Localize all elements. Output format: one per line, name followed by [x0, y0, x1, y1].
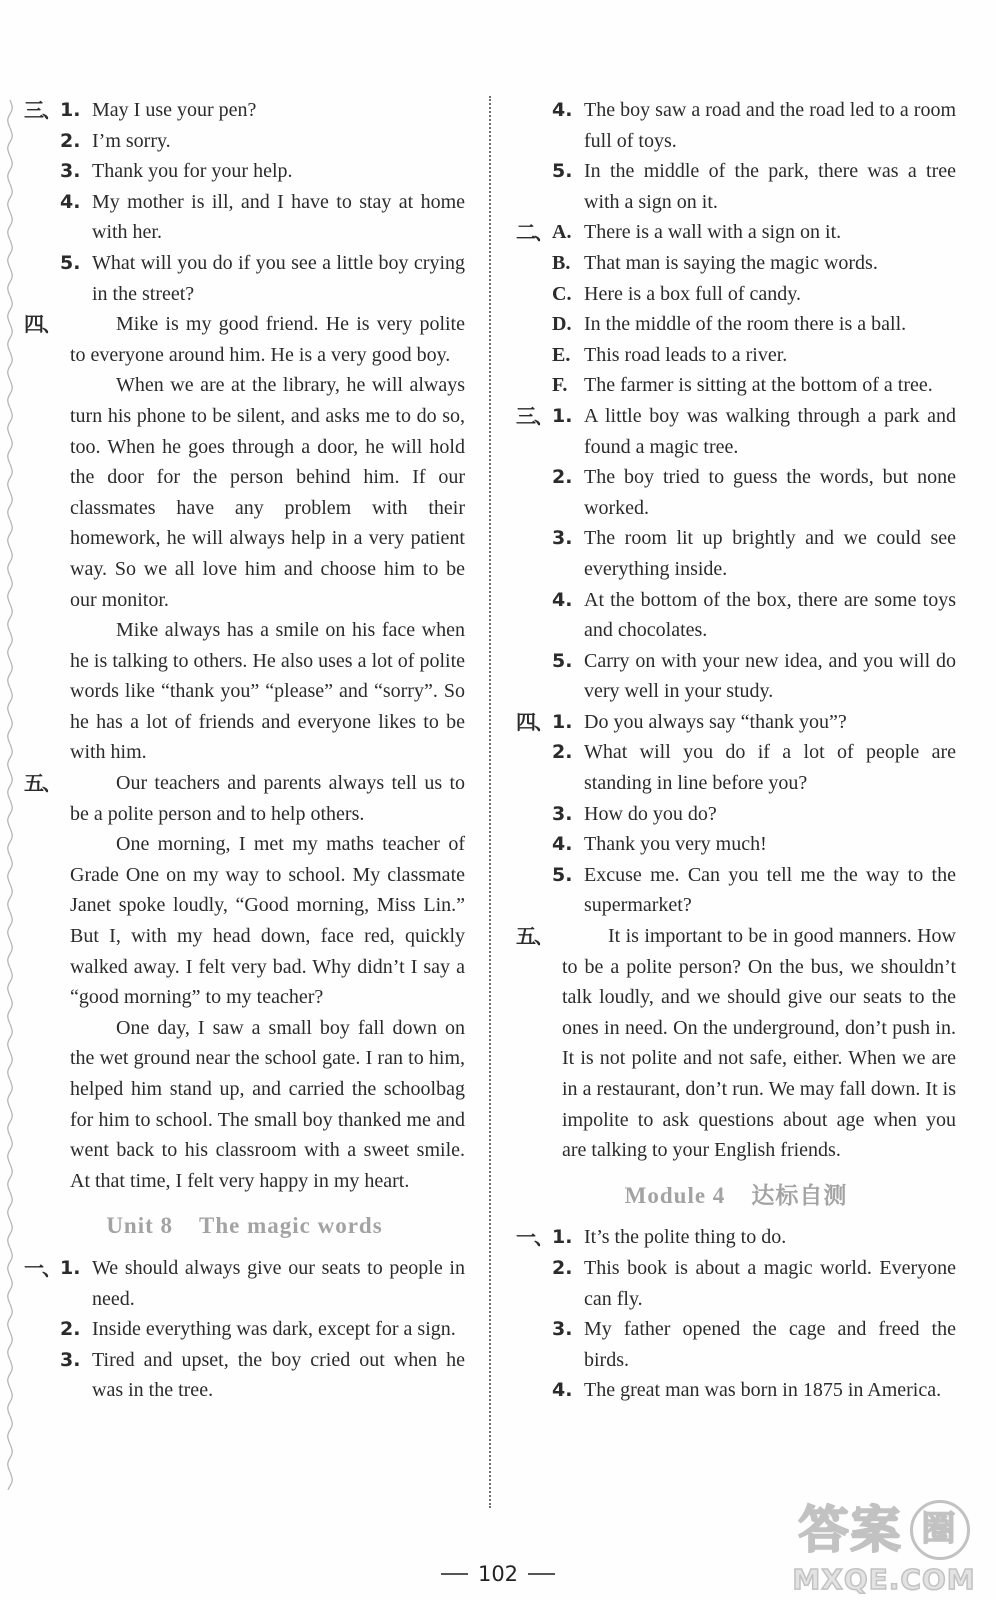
answer-item-text: That man is saying the magic words. [584, 248, 956, 279]
footer-dash-right [528, 1573, 555, 1575]
answer-item: 3.The room lit up brightly and we could … [552, 523, 956, 584]
answer-item: 4.My mother is ill, and I have to stay a… [60, 187, 465, 248]
page-number: 102 [478, 1562, 518, 1586]
answer-item-number: 1. [552, 1222, 584, 1253]
left-column: 三、1.May I use your pen?2.I’m sorry.3.Tha… [24, 95, 465, 1406]
torn-page-edge-decoration [3, 100, 15, 1490]
section-marker: 一、 [24, 1253, 60, 1284]
answer-item-text: This book is about a magic world. Everyo… [584, 1253, 956, 1314]
answer-item-number: 4. [552, 585, 584, 616]
answer-item-text: The farmer is sitting at the bottom of a… [584, 370, 956, 401]
answer-item-text: The boy saw a road and the road led to a… [584, 95, 956, 156]
answer-item: 2.I’m sorry. [60, 126, 465, 157]
section-items: 1.We should always give our seats to peo… [60, 1253, 465, 1406]
footer-dash-left [441, 1573, 468, 1575]
answer-item: 3.Tired and upset, the boy cried out whe… [60, 1345, 465, 1406]
answer-item-text: It’s the polite thing to do. [584, 1222, 956, 1253]
answer-item-number: 2. [60, 126, 92, 157]
answer-item: F.The farmer is sitting at the bottom of… [552, 370, 956, 401]
section-paragraphs: Our teachers and parents always tell us … [70, 768, 465, 1196]
answer-item-text: My father opened the cage and freed the … [584, 1314, 956, 1375]
answer-item: 1.It’s the polite thing to do. [552, 1222, 956, 1253]
section-items: 1.It’s the polite thing to do.2.This boo… [552, 1222, 956, 1406]
answer-item-number: 4. [552, 95, 584, 126]
answer-item-number: 3. [552, 799, 584, 830]
section-header-part1: Unit 8 [106, 1213, 173, 1238]
answer-item: B.That man is saying the magic words. [552, 248, 956, 279]
answer-item: 3.My father opened the cage and freed th… [552, 1314, 956, 1375]
answer-section: 一、1.We should always give our seats to p… [24, 1253, 465, 1406]
answer-paragraph: When we are at the library, he will alwa… [70, 370, 465, 615]
answer-item-number: 1. [60, 1253, 92, 1284]
answer-item-text: There is a wall with a sign on it. [584, 217, 956, 248]
right-column: 4.The boy saw a road and the road led to… [516, 95, 956, 1406]
section-marker: 五、 [516, 921, 552, 952]
section-items: 1.May I use your pen?2.I’m sorry.3.Thank… [60, 95, 465, 309]
column-divider-dotted-line [489, 96, 491, 1508]
answer-item-number: 4. [60, 187, 92, 218]
answer-paragraph: It is important to be in good manners. H… [562, 921, 956, 1166]
answer-item: 5.What will you do if you see a little b… [60, 248, 465, 309]
answer-section: 一、1.It’s the polite thing to do.2.This b… [516, 1222, 956, 1406]
answer-item-number: 5. [552, 646, 584, 677]
answer-item: E.This road leads to a river. [552, 340, 956, 371]
answer-item: C.Here is a box full of candy. [552, 279, 956, 310]
answer-item: 2.What will you do if a lot of people ar… [552, 737, 956, 798]
answer-item: 4.The great man was born in 1875 in Amer… [552, 1375, 956, 1406]
answer-item-text: The room lit up brightly and we could se… [584, 523, 956, 584]
answer-item: 4.Thank you very much! [552, 829, 956, 860]
watermark-domain: MXQE.COM [776, 1563, 992, 1596]
section-header-part2: 达标自测 [751, 1183, 847, 1208]
answer-item-number: F. [552, 370, 584, 401]
answer-item-number: 3. [552, 523, 584, 554]
answer-item-number: 5. [60, 248, 92, 279]
answer-item-text: How do you do? [584, 799, 956, 830]
answer-section: 三、1.A little boy was walking through a p… [516, 401, 956, 707]
answer-item-text: Here is a box full of candy. [584, 279, 956, 310]
answer-item-text: Carry on with your new idea, and you wil… [584, 646, 956, 707]
section-paragraphs: Mike is my good friend. He is very polit… [70, 309, 465, 768]
answer-item: 2.Inside everything was dark, except for… [60, 1314, 465, 1345]
answer-item-number: 3. [60, 1345, 92, 1376]
section-paragraphs: It is important to be in good manners. H… [562, 921, 956, 1166]
answer-item: A.There is a wall with a sign on it. [552, 217, 956, 248]
answer-item: 5.Carry on with your new idea, and you w… [552, 646, 956, 707]
answer-item: 4.At the bottom of the box, there are so… [552, 585, 956, 646]
section-items: 1.A little boy was walking through a par… [552, 401, 956, 707]
section-items: 4.The boy saw a road and the road led to… [552, 95, 956, 217]
answer-item-text: In the middle of the room there is a bal… [584, 309, 956, 340]
answer-item: 2.This book is about a magic world. Ever… [552, 1253, 956, 1314]
answer-item-number: 5. [552, 860, 584, 891]
section-marker: 三、 [516, 401, 552, 432]
answer-item-text: Excuse me. Can you tell me the way to th… [584, 860, 956, 921]
answer-section: 四、Mike is my good friend. He is very pol… [24, 309, 465, 768]
answer-item-number: 2. [60, 1314, 92, 1345]
answer-item: D.In the middle of the room there is a b… [552, 309, 956, 340]
section-marker: 四、 [516, 707, 552, 738]
workbook-page: 三、1.May I use your pen?2.I’m sorry.3.Tha… [0, 0, 996, 1600]
answer-item: 3.How do you do? [552, 799, 956, 830]
answer-item: 1.We should always give our seats to peo… [60, 1253, 465, 1314]
answer-item: 5.Excuse me. Can you tell me the way to … [552, 860, 956, 921]
answer-section: 五、It is important to be in good manners.… [516, 921, 956, 1166]
answer-item-number: C. [552, 279, 584, 310]
answer-paragraph: One morning, I met my maths teacher of G… [70, 829, 465, 1013]
answer-item: 1.Do you always say “thank you”? [552, 707, 956, 738]
watermark-text-main: 答案 [799, 1501, 903, 1559]
answer-item-number: 1. [552, 401, 584, 432]
answer-item-number: 2. [552, 1253, 584, 1284]
answer-item: 1.May I use your pen? [60, 95, 465, 126]
answer-item-number: B. [552, 248, 584, 279]
answer-item-number: 1. [60, 95, 92, 126]
answer-item-text: Tired and upset, the boy cried out when … [92, 1345, 465, 1406]
answer-item: 4.The boy saw a road and the road led to… [552, 95, 956, 156]
answer-item-text: In the middle of the park, there was a t… [584, 156, 956, 217]
watermark-brand-text: 答案 圈 [776, 1500, 992, 1560]
answer-item-number: 5. [552, 156, 584, 187]
answer-item-text: Do you always say “thank you”? [584, 707, 956, 738]
answer-item-text: What will you do if a lot of people are … [584, 737, 956, 798]
section-header-part1: Module 4 [625, 1183, 726, 1208]
answer-item: 5.In the middle of the park, there was a… [552, 156, 956, 217]
answer-item-text: May I use your pen? [92, 95, 465, 126]
answer-paragraph: Mike is my good friend. He is very polit… [70, 309, 465, 370]
answer-item-text: We should always give our seats to peopl… [92, 1253, 465, 1314]
answer-item: 1.A little boy was walking through a par… [552, 401, 956, 462]
answer-item-text: The great man was born in 1875 in Americ… [584, 1375, 956, 1406]
section-header-part2: The magic words [199, 1213, 383, 1238]
answer-section: 二、A.There is a wall with a sign on it.B.… [516, 217, 956, 401]
section-items: A.There is a wall with a sign on it.B.Th… [552, 217, 956, 401]
answer-item-text: Thank you very much! [584, 829, 956, 860]
answer-item-number: 4. [552, 1375, 584, 1406]
answer-item-number: 2. [552, 737, 584, 768]
answer-section: 4.The boy saw a road and the road led to… [516, 95, 956, 217]
answer-item-number: A. [552, 217, 584, 248]
answer-item-text: What will you do if you see a little boy… [92, 248, 465, 309]
answer-section: 四、1.Do you always say “thank you”?2.What… [516, 707, 956, 921]
section-header: Module 4达标自测 [516, 1181, 956, 1212]
answer-item-number: 2. [552, 462, 584, 493]
section-items: 1.Do you always say “thank you”?2.What w… [552, 707, 956, 921]
answer-item-number: E. [552, 340, 584, 371]
section-header: Unit 8The magic words [24, 1211, 465, 1242]
answer-item: 3.Thank you for your help. [60, 156, 465, 187]
watermark: 答案 圈 MXQE.COM [776, 1500, 992, 1596]
answer-item-text: Inside everything was dark, except for a… [92, 1314, 465, 1345]
answer-section: 五、Our teachers and parents always tell u… [24, 768, 465, 1196]
answer-item-text: The boy tried to guess the words, but no… [584, 462, 956, 523]
answer-item-text: This road leads to a river. [584, 340, 956, 371]
answer-item-text: At the bottom of the box, there are some… [584, 585, 956, 646]
answer-item-text: I’m sorry. [92, 126, 465, 157]
answer-item-number: 1. [552, 707, 584, 738]
answer-section: 三、1.May I use your pen?2.I’m sorry.3.Tha… [24, 95, 465, 309]
section-marker: 五、 [24, 768, 60, 799]
answer-item-number: 4. [552, 829, 584, 860]
answer-item-text: A little boy was walking through a park … [584, 401, 956, 462]
answer-item-text: Thank you for your help. [92, 156, 465, 187]
answer-item: 2.The boy tried to guess the words, but … [552, 462, 956, 523]
answer-paragraph: One day, I saw a small boy fall down on … [70, 1013, 465, 1197]
section-marker: 一、 [516, 1222, 552, 1253]
answer-item-number: 3. [60, 156, 92, 187]
answer-paragraph: Our teachers and parents always tell us … [70, 768, 465, 829]
answer-item-number: D. [552, 309, 584, 340]
watermark-circle-logo: 圈 [910, 1500, 970, 1560]
section-marker: 二、 [516, 217, 552, 248]
answer-item-text: My mother is ill, and I have to stay at … [92, 187, 465, 248]
section-marker: 三、 [24, 95, 60, 126]
section-marker: 四、 [24, 309, 60, 340]
answer-item-number: 3. [552, 1314, 584, 1345]
answer-paragraph: Mike always has a smile on his face when… [70, 615, 465, 768]
